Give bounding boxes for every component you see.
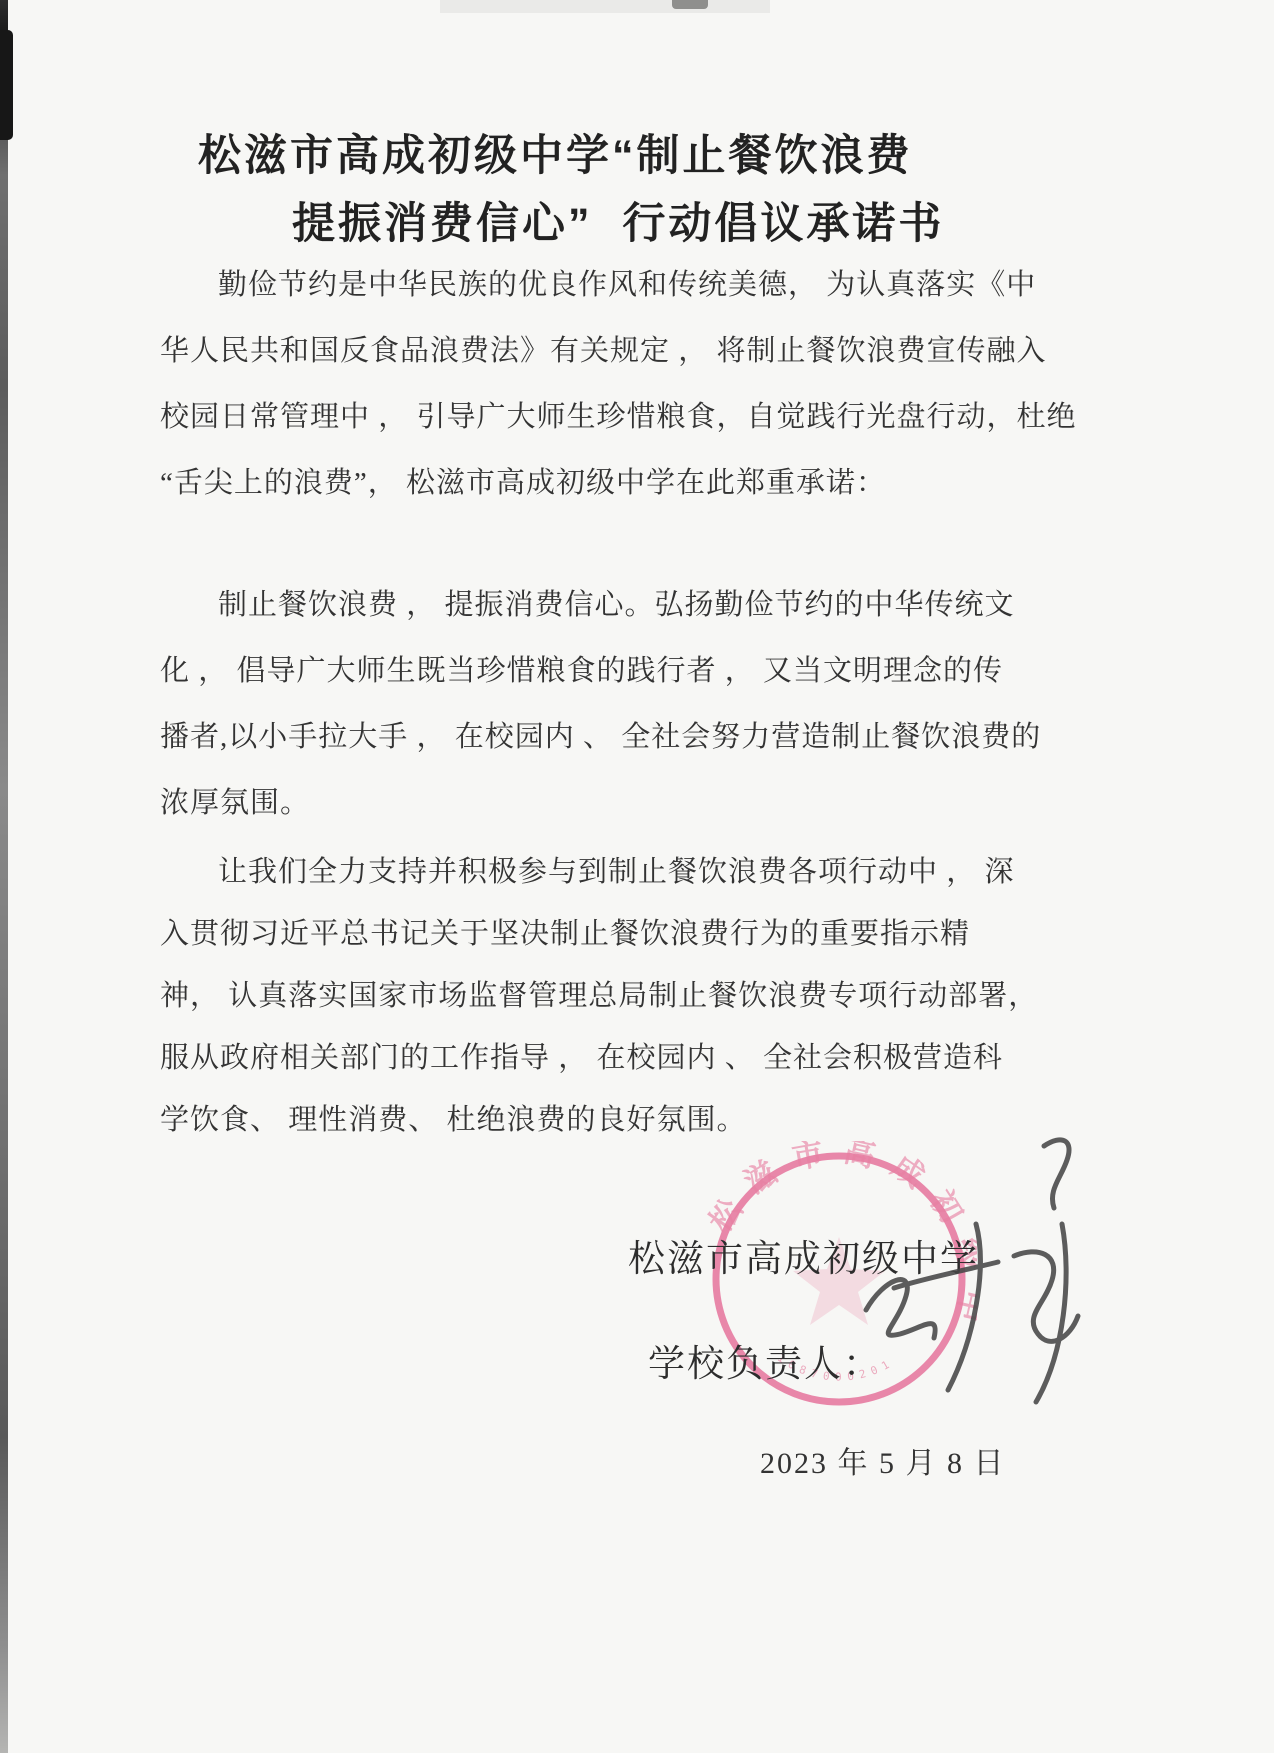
body-line: 服从政府相关部门的工作指导 ， 在校园内 、 全社会积极营造科 (160, 1027, 1040, 1089)
document-title-line-2: 提振消费信心” 行动倡议承诺书 (292, 190, 944, 251)
signature-date: 2023 年 5 月 8 日 (760, 1438, 1006, 1482)
body-line: 入贯彻习近平总书记关于坚决制止餐饮浪费行为的重要指示精 (160, 903, 1040, 965)
handwritten-signature (848, 1128, 1108, 1418)
scan-top-blip (672, 0, 708, 9)
scan-edge-artifact-left (0, 0, 8, 1753)
body-line: 化 ， 倡导广大师生既当珍惜粮食的践行者 ， 又当文明理念的传 (160, 638, 1040, 704)
paragraph-1: 勤俭节约是中华民族的优良作风和传统美德， 为认真落实《中 华人民共和国反食品浪费… (160, 252, 1040, 516)
paragraph-3: 让我们全力支持并积极参与到制止餐饮浪费各项行动中 ， 深 入贯彻习近平总书记关于… (160, 841, 1040, 1151)
body-line: 校园日常管理中 ， 引导广大师生珍惜粮食，自觉践行光盘行动，杜绝 (160, 384, 1040, 450)
scanned-document-page: 松滋市高成初级中学“制止餐饮浪费 提振消费信心” 行动倡议承诺书 勤俭节约是中华… (0, 0, 1274, 1753)
signer-role-label: 学校负责人： (648, 1333, 882, 1387)
scan-top-band (440, 0, 770, 13)
body-line: 制止餐饮浪费 ， 提振消费信心。弘扬勤俭节约的中华传统文 (160, 572, 1040, 638)
body-line: 浓厚氛围。 (160, 770, 1040, 836)
body-line: 华人民共和国反食品浪费法》有关规定 ， 将制止餐饮浪费宣传融入 (160, 318, 1040, 384)
body-line: 神， 认真落实国家市场监督管理总局制止餐饮浪费专项行动部署， (160, 965, 1040, 1027)
paragraph-2: 制止餐饮浪费 ， 提振消费信心。弘扬勤俭节约的中华传统文 化 ， 倡导广大师生既… (160, 572, 1040, 836)
body-line: “舌尖上的浪费”， 松滋市高成初级中学在此郑重承诺： (160, 450, 1040, 516)
body-line: 播者,以小手拉大手 ， 在校园内 、 全社会努力营造制止餐饮浪费的 (160, 704, 1040, 770)
scan-edge-blob (0, 30, 13, 140)
body-line: 让我们全力支持并积极参与到制止餐饮浪费各项行动中 ， 深 (160, 841, 1040, 903)
body-line: 勤俭节约是中华民族的优良作风和传统美德， 为认真落实《中 (160, 252, 1040, 318)
document-title-line-1: 松滋市高成初级中学“制止餐饮浪费 (198, 122, 913, 183)
